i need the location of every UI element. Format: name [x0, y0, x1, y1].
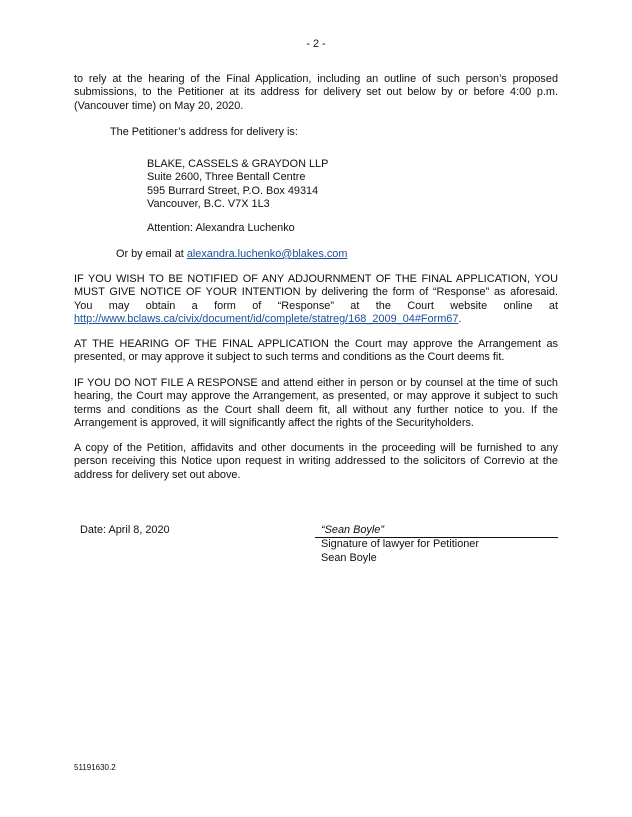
page-number: - 2 - — [0, 38, 632, 51]
printed-name: Sean Boyle — [315, 552, 558, 565]
signature-caption: Signature of lawyer for Petitioner — [315, 538, 558, 551]
signed-name: “Sean Boyle” — [315, 524, 558, 537]
paragraph-adjournment: IF YOU WISH TO BE NOTIFIED OF ANY ADJOUR… — [74, 273, 558, 327]
paragraph-copy-of-petition: A copy of the Petition, affidavits and o… — [74, 442, 558, 482]
email-line: Or by email at alexandra.luchenko@blakes… — [116, 248, 347, 261]
address-line: BLAKE, CASSELS & GRAYDON LLP — [147, 158, 328, 171]
paragraph-no-response: IF YOU DO NOT FILE A RESPONSE and attend… — [74, 377, 558, 431]
delivery-address: BLAKE, CASSELS & GRAYDON LLP Suite 2600,… — [147, 158, 328, 212]
document-id: 51191630.2 — [74, 761, 116, 774]
response-form-link[interactable]: http://www.bclaws.ca/civix/document/id/c… — [74, 313, 458, 325]
address-line: Suite 2600, Three Bentall Centre — [147, 171, 328, 184]
address-intro: The Petitioner’s address for delivery is… — [110, 126, 298, 139]
paragraph-hearing: AT THE HEARING OF THE FINAL APPLICATION … — [74, 338, 558, 365]
paragraph-line: MUST GIVE NOTICE OF YOUR INTENTION by de… — [74, 286, 558, 299]
email-link[interactable]: alexandra.luchenko@blakes.com — [187, 248, 348, 260]
signature-date: Date: April 8, 2020 — [80, 524, 170, 537]
email-prefix: Or by email at — [116, 248, 187, 260]
address-line: 595 Burrard Street, P.O. Box 49314 — [147, 185, 328, 198]
paragraph-line: You may obtain a form of “Response” at t… — [74, 300, 558, 313]
attention-line: Attention: Alexandra Luchenko — [147, 222, 295, 235]
paragraph-submissions: to rely at the hearing of the Final Appl… — [74, 73, 558, 113]
address-line: Vancouver, B.C. V7X 1L3 — [147, 198, 328, 211]
signature-block: “Sean Boyle” Signature of lawyer for Pet… — [315, 524, 558, 565]
paragraph-line: IF YOU WISH TO BE NOTIFIED OF ANY ADJOUR… — [74, 273, 558, 286]
link-period: . — [458, 313, 461, 325]
